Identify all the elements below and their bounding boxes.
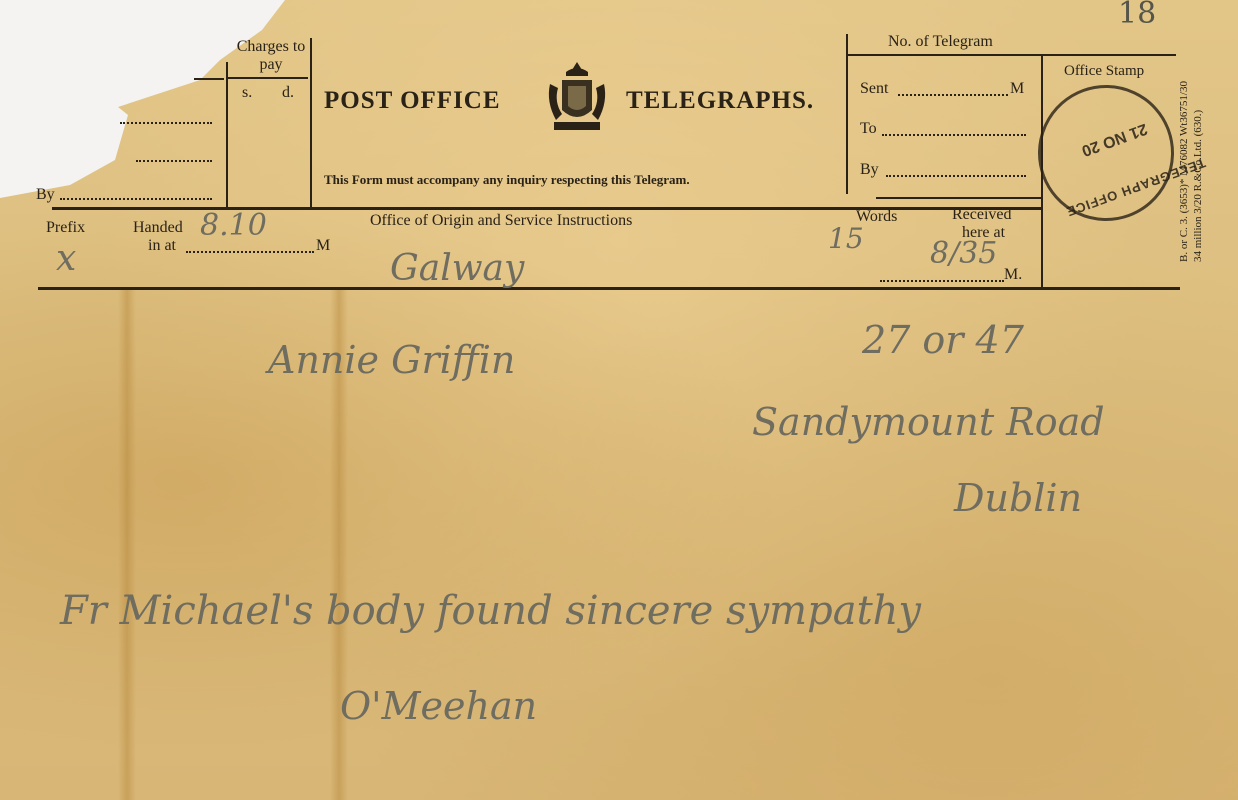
handed-in-label: Handed [133, 219, 183, 237]
rule [846, 34, 848, 194]
origin-label: Office of Origin and Service Instruction… [370, 212, 632, 230]
handwritten-street: Sandymount Road [752, 400, 1105, 444]
received-label: Received [952, 206, 1012, 224]
rule [226, 77, 308, 79]
sent-label: Sent [860, 80, 888, 98]
by-label: By [860, 161, 879, 179]
corner-number: 18 [1118, 0, 1156, 31]
printer-imprint-1: B. or C. 3. (3653)* M76082 Wt36751/30 [1178, 81, 1190, 262]
handwritten-handed-in-time: 8.10 [200, 208, 267, 243]
handwritten-signature: O'Meehan [340, 684, 537, 728]
inquiry-notice: This Form must accompany any inquiry res… [324, 172, 690, 188]
handed-in-dotted-line [186, 251, 314, 253]
charges-pence: d. [282, 84, 294, 102]
rule [876, 197, 1042, 199]
by-dotted-line [886, 175, 1026, 177]
rule [310, 38, 312, 208]
dotted-line [136, 160, 212, 162]
handwritten-prefix: x [56, 238, 76, 279]
sent-dotted-line [898, 94, 1008, 96]
handwritten-received-time: 8/35 [930, 236, 997, 271]
to-label: To [860, 120, 877, 138]
handwritten-address-number: 27 or 47 [862, 318, 1024, 362]
title-telegraphs: TELEGRAPHS. [626, 87, 814, 115]
handwritten-message: Fr Michael's body found sincere sympathy [60, 588, 921, 634]
handed-in-suffix: M [316, 237, 330, 255]
dotted-line [60, 198, 212, 200]
to-dotted-line [882, 134, 1026, 136]
received-dotted-line [880, 280, 1004, 282]
title-post-office: POST OFFICE [324, 87, 501, 115]
charges-shillings: s. [242, 84, 252, 102]
royal-crest-icon [544, 58, 610, 138]
rule [38, 287, 1180, 290]
sent-suffix: M [1010, 80, 1024, 98]
rule [194, 78, 224, 80]
by-label-left: By [36, 186, 55, 204]
office-stamp-label: Office Stamp [1064, 62, 1144, 80]
rule [846, 54, 1176, 56]
paper-crease [118, 290, 136, 800]
handed-in-at-label: in at [148, 237, 176, 255]
received-suffix: M. [1004, 266, 1022, 284]
handwritten-words: 15 [828, 222, 864, 255]
handwritten-origin: Galway [390, 248, 524, 289]
charges-label: Charges to pay [236, 38, 306, 74]
prefix-label: Prefix [46, 219, 85, 237]
no-of-telegram-label: No. of Telegram [888, 33, 993, 51]
dotted-line [120, 122, 212, 124]
rule [226, 62, 228, 208]
printer-imprint-2: 34 million 3/20 R.&Co.Ltd. (630.) [1192, 110, 1204, 262]
handwritten-recipient: Annie Griffin [268, 338, 515, 382]
handwritten-city: Dublin [954, 476, 1082, 520]
